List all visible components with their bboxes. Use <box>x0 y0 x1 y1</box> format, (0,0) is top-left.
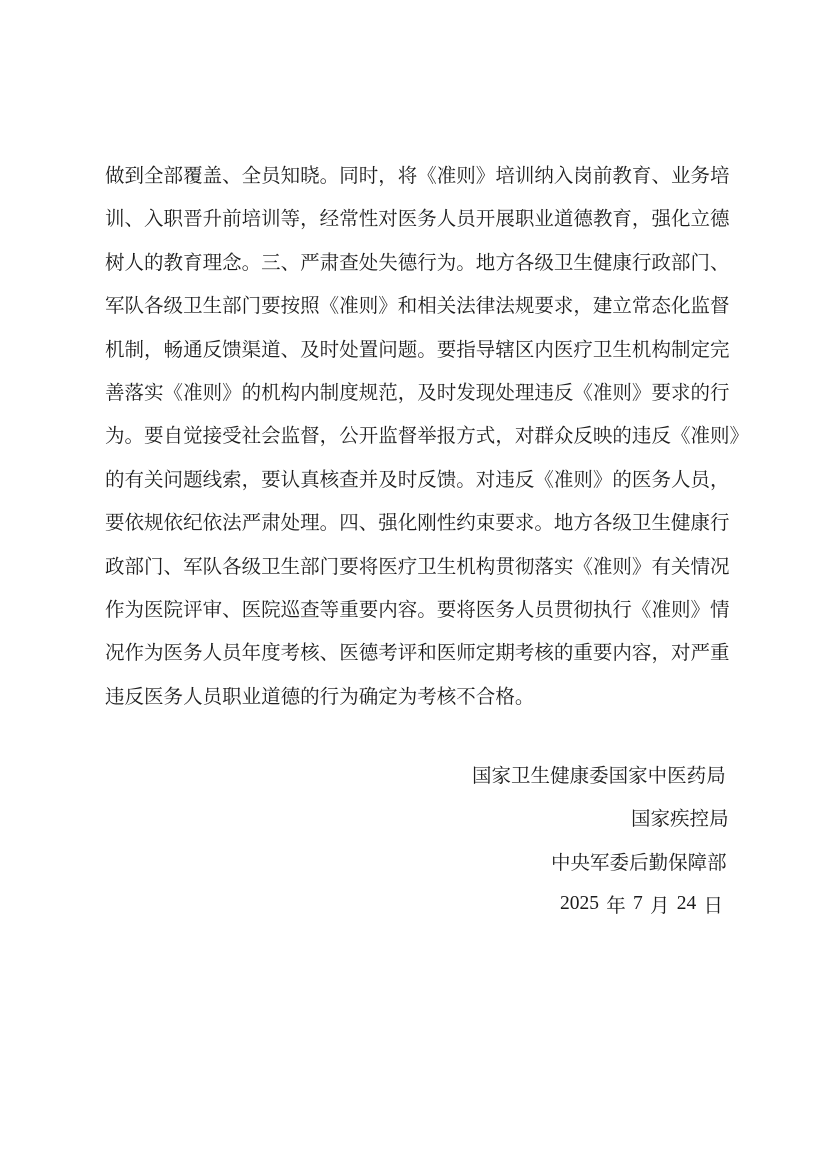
body-line: 善落实《准则》的机构内制度规范，及时发现处理违反《准则》要求的行 <box>105 369 728 412</box>
body-line: 机制，畅通反馈渠道、及时处置问题。要指导辖区内医疗卫生机构制定完 <box>105 326 728 369</box>
signature-issuer: 国家疾控局 <box>631 796 723 839</box>
document-page: 做到全部覆盖、全员知晓。同时，将《准则》培训纳入岗前教育、业务培训、入职晋升前培… <box>0 0 827 1169</box>
body-line: 作为医院评审、医院巡查等重要内容。要将医务人员贯彻执行《准则》情 <box>105 586 728 629</box>
body-line: 的有关问题线索，要认真核查并及时反馈。对违反《准则》的医务人员， <box>105 456 728 499</box>
signature-issuer: 国家卫生健康委国家中医药局 <box>472 752 723 795</box>
body-line: 树人的教育理念。三、严肃查处失德行为。地方各级卫生健康行政部门、 <box>105 239 728 282</box>
body-line: 要依规依纪依法严肃处理。四、强化刚性约束要求。地方各级卫生健康行 <box>105 500 728 543</box>
body-line: 做到全部覆盖、全员知晓。同时，将《准则》培训纳入岗前教育、业务培 <box>105 152 728 195</box>
body-line: 军队各级卫生部门要按照《准则》和相关法律法规要求，建立常态化监督 <box>105 283 728 326</box>
body-line: 训、入职晋升前培训等，经常性对医务人员开展职业道德教育，强化立德 <box>105 196 728 239</box>
body-line: 政部门、军队各级卫生部门要将医疗卫生机构贯彻落实《准则》有关情况 <box>105 543 728 586</box>
body-line: 违反医务人员职业道德的行为确定为考核不合格。 <box>105 673 529 716</box>
body-line: 为。要自觉接受社会监督，公开监督举报方式，对群众反映的违反《准则》 <box>105 413 728 456</box>
signature-date: 2025年7月24日 <box>560 883 723 926</box>
body-line: 况作为医务人员年度考核、医德考评和医师定期考核的重要内容，对严重 <box>105 630 728 673</box>
signature-issuer: 中央军委后勤保障部 <box>551 839 723 882</box>
